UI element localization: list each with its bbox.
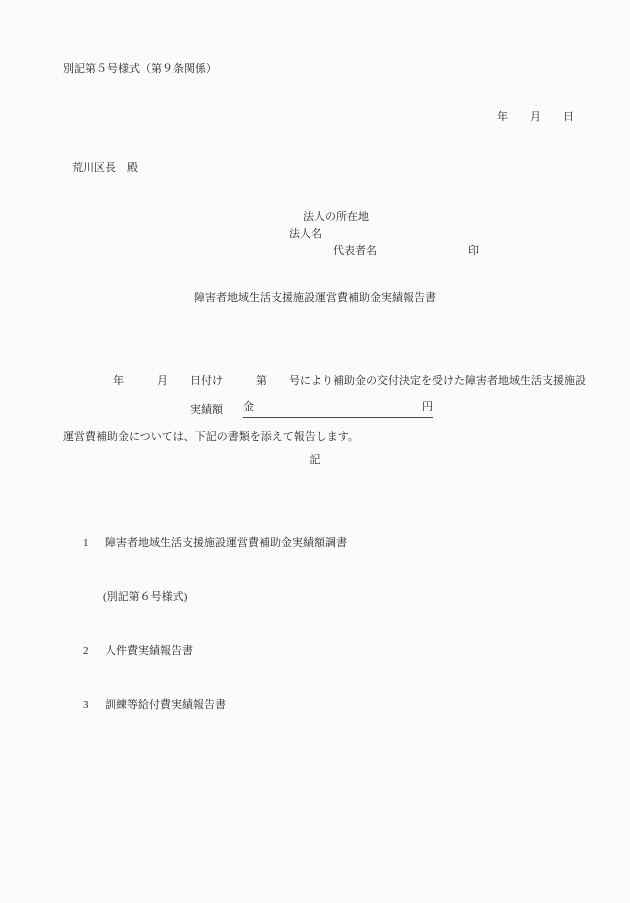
attachment-number: 2 xyxy=(83,642,105,660)
attachment-item: 1 障害者地域生活支援施設運営費補助金実績額調書 xyxy=(83,534,347,552)
representative-label: 代表者名 xyxy=(333,245,377,259)
attachment-text: 訓練等給付費実績報告書 xyxy=(105,696,226,714)
date-line: 年 月 日 xyxy=(0,111,574,125)
body-line-2: 運営費補助金については、下記の書類を添えて報告します。 xyxy=(63,428,603,447)
attachment-note: (別記第６号様式) xyxy=(103,588,347,606)
document-page: 別記第５号様式（第９条関係） 年 月 日 荒川区長 殿 法人の所在地 法人名 代… xyxy=(0,0,630,903)
document-title: 障害者地域生活支援施設運営費補助金実績報告書 xyxy=(0,292,630,306)
form-number: 別記第５号様式（第９条関係） xyxy=(63,63,217,77)
attachment-text: 障害者地域生活支援施設運営費補助金実績額調書 xyxy=(105,534,347,552)
amount-currency-suffix: 円 xyxy=(422,401,433,415)
addressee: 荒川区長 殿 xyxy=(72,162,138,176)
seal-label: 印 xyxy=(468,245,479,259)
attachment-number: 3 xyxy=(83,696,105,714)
amount-row: 実績額 金 円 xyxy=(190,401,433,418)
amount-fill-line: 金 円 xyxy=(243,401,433,418)
attachment-item: 2 人件費実績報告書 xyxy=(83,642,347,660)
body-line-1: 年 月 日付け 第 号により補助金の交付決定を受けた障害者地域生活支援施設 xyxy=(63,372,603,391)
amount-label: 実績額 xyxy=(190,404,223,418)
attachment-text: 人件費実績報告書 xyxy=(105,642,193,660)
sender-name-label: 法人名 xyxy=(289,228,322,242)
attachment-number: 1 xyxy=(83,534,105,552)
attachment-item: 3 訓練等給付費実績報告書 xyxy=(83,696,347,714)
amount-currency-prefix: 金 xyxy=(243,401,254,415)
sender-address-label: 法人の所在地 xyxy=(303,211,369,225)
list-heading: 記 xyxy=(0,454,630,468)
attachments-list: 1 障害者地域生活支援施設運営費補助金実績額調書 (別記第６号様式) 2 人件費… xyxy=(83,498,347,750)
